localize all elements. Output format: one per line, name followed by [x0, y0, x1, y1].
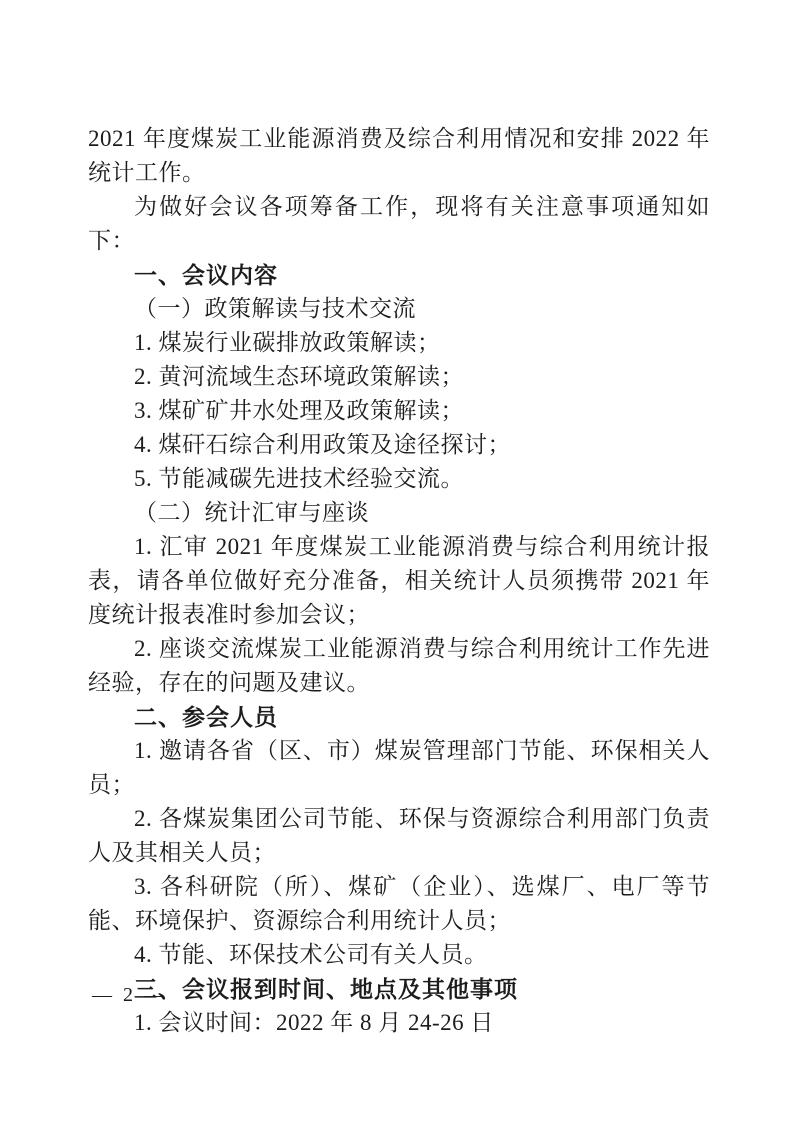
paragraph: 4. 煤矸石综合利用政策及途径探讨； — [88, 428, 710, 462]
paragraph: 4. 节能、环保技术公司有关人员。 — [88, 938, 710, 972]
paragraph: 3. 各科研院（所）、煤矿（企业）、选煤厂、电厂等节能、环境保护、资源综合利用统… — [88, 870, 710, 938]
paragraph: 3. 煤矿矿井水处理及政策解读； — [88, 394, 710, 428]
section-heading: 一、会议内容 — [88, 258, 710, 292]
section-heading: 二、参会人员 — [88, 700, 710, 734]
paragraph: 1. 煤炭行业碳排放政策解读； — [88, 326, 710, 360]
paragraph: 2021 年度煤炭工业能源消费及综合利用情况和安排 2022 年统计工作。 — [88, 122, 710, 190]
paragraph: 1. 邀请各省（区、市）煤炭管理部门节能、环保相关人员； — [88, 734, 710, 802]
document-page: 2021 年度煤炭工业能源消费及综合利用情况和安排 2022 年统计工作。为做好… — [0, 0, 793, 1123]
paragraph: 1. 会议时间：2022 年 8 月 24-26 日 — [88, 1006, 710, 1040]
paragraph: 为做好会议各项筹备工作，现将有关注意事项通知如下： — [88, 190, 710, 258]
paragraph: 2. 座谈交流煤炭工业能源消费与综合利用统计工作先进经验，存在的问题及建议。 — [88, 632, 710, 700]
section-heading: 三、会议报到时间、地点及其他事项 — [88, 972, 710, 1006]
paragraph: 5. 节能减碳先进技术经验交流。 — [88, 462, 710, 496]
document-body: 2021 年度煤炭工业能源消费及综合利用情况和安排 2022 年统计工作。为做好… — [88, 122, 710, 1040]
paragraph: （二）统计汇审与座谈 — [88, 496, 710, 530]
paragraph: 1. 汇审 2021 年度煤炭工业能源消费与综合利用统计报表，请各单位做好充分准… — [88, 530, 710, 632]
page-number: — 2 — — [92, 984, 167, 1007]
paragraph: （一）政策解读与技术交流 — [88, 292, 710, 326]
paragraph: 2. 各煤炭集团公司节能、环保与资源综合利用部门负责人及其相关人员； — [88, 802, 710, 870]
paragraph: 2. 黄河流域生态环境政策解读； — [88, 360, 710, 394]
